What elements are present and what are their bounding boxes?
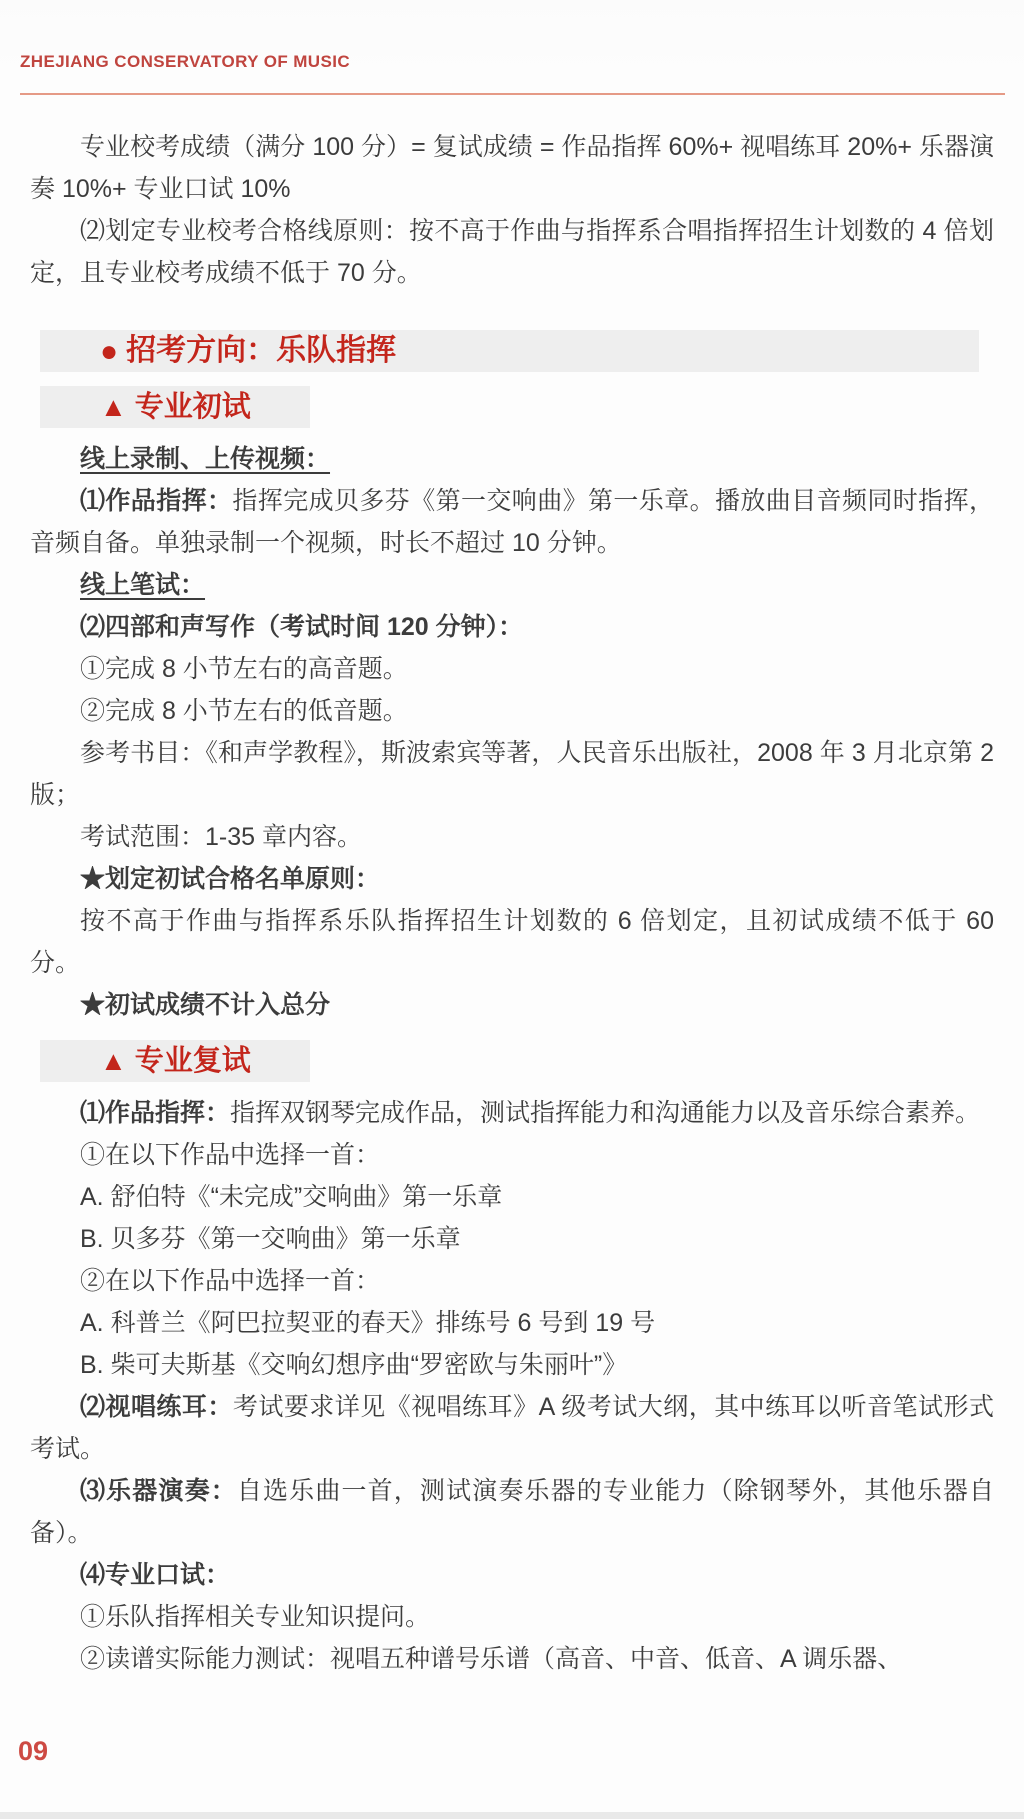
section-title: 专业复试 [135,1040,251,1082]
subsection-header-bar: ▲专业初试 [40,386,310,428]
underlined-heading: 线上录制、上传视频： [30,438,994,480]
paragraph: ①在以下作品中选择一首： [30,1134,994,1176]
paragraph-text: ②在以下作品中选择一首： [80,1267,380,1295]
paragraph: 专业校考成绩（满分 100 分）= 复试成绩 = 作品指挥 60%+ 视唱练耳 … [30,126,994,210]
section-title: 招考方向：乐队指挥 [126,330,396,372]
paragraph: 参考书目：《和声学教程》，斯波索宾等著，人民音乐出版社，2008 年 3 月北京… [30,732,994,816]
header-divider [20,93,1005,95]
page-number: 09 [18,1736,48,1767]
paragraph: ⑵四部和声写作（考试时间 120 分钟）： [30,606,994,648]
paragraph: ⑵划定专业校考合格线原则：按不高于作曲与指挥系合唱指挥招生计划数的 4 倍划定，… [30,210,994,294]
paragraph-label: ★划定初试合格名单原则： [80,865,380,893]
paragraph: ⑴作品指挥：指挥完成贝多芬《第一交响曲》第一乐章。播放曲目音频同时指挥，音频自备… [30,480,994,564]
paragraph: 按不高于作曲与指挥系乐队指挥招生计划数的 6 倍划定，且初试成绩不低于 60 分… [30,900,994,984]
paragraph-label: ⑴作品指挥： [80,487,232,515]
paragraph: A. 科普兰《阿巴拉契亚的春天》排练号 6 号到 19 号 [30,1302,994,1344]
paragraph-text: 按不高于作曲与指挥系乐队指挥招生计划数的 6 倍划定，且初试成绩不低于 60 分… [30,907,994,977]
paragraph-text: ①乐队指挥相关专业知识提问。 [80,1603,430,1631]
paragraph: ★划定初试合格名单原则： [30,858,994,900]
paragraph: B. 柴可夫斯基《交响幻想序曲“罗密欧与朱丽叶”》 [30,1344,994,1386]
paragraph-text: A. 舒伯特《“未完成”交响曲》第一乐章 [80,1183,502,1211]
triangle-bullet-icon: ▲ [100,1048,127,1075]
subsection-header-bar: ▲专业复试 [40,1040,310,1082]
paragraph: ②读谱实际能力测试：视唱五种谱号乐谱（高音、中音、低音、A 调乐器、 [30,1638,994,1680]
paragraph-label: ★初试成绩不计入总分 [80,991,330,1019]
paragraph-text: 指挥双钢琴完成作品，测试指挥能力和沟通能力以及音乐综合素养。 [230,1099,980,1127]
document-page: ZHEJIANG CONSERVATORY OF MUSIC 专业校考成绩（满分… [0,0,1024,1819]
paragraph: B. 贝多芬《第一交响曲》第一乐章 [30,1218,994,1260]
paragraph-text: B. 柴可夫斯基《交响幻想序曲“罗密欧与朱丽叶”》 [80,1351,627,1379]
paragraph: ⑶乐器演奏：自选乐曲一首，测试演奏乐器的专业能力（除钢琴外，其他乐器自备）。 [30,1470,994,1554]
section-header-bar: ●招考方向：乐队指挥 [40,330,979,372]
paragraph-text: ②读谱实际能力测试：视唱五种谱号乐谱（高音、中音、低音、A 调乐器、 [80,1645,902,1673]
paragraph: ①乐队指挥相关专业知识提问。 [30,1596,994,1638]
paragraph: ②完成 8 小节左右的低音题。 [30,690,994,732]
paragraph-label: ⑶乐器演奏： [80,1477,237,1505]
paragraph-text: ①完成 8 小节左右的高音题。 [80,655,408,683]
section-title: 专业初试 [135,386,251,428]
site-header-title: ZHEJIANG CONSERVATORY OF MUSIC [20,52,350,72]
paragraph-label: ⑷专业口试： [80,1561,230,1589]
paragraph: 考试范围：1-35 章内容。 [30,816,994,858]
paragraph-text: ②完成 8 小节左右的低音题。 [80,697,408,725]
underlined-heading: 线上笔试： [30,564,994,606]
paragraph: ★初试成绩不计入总分 [30,984,994,1026]
paragraph-text: 考试范围：1-35 章内容。 [80,823,362,851]
paragraph-text: B. 贝多芬《第一交响曲》第一乐章 [80,1225,461,1253]
underlined-heading-text: 线上录制、上传视频： [80,445,330,473]
paragraph-text: ⑵划定专业校考合格线原则：按不高于作曲与指挥系合唱指挥招生计划数的 4 倍划定，… [30,217,994,287]
paragraph-label: ⑵视唱练耳： [80,1393,233,1421]
underlined-heading-text: 线上笔试： [80,571,205,599]
paragraph: ⑵视唱练耳：考试要求详见《视唱练耳》A 级考试大纲，其中练耳以听音笔试形式考试。 [30,1386,994,1470]
triangle-bullet-icon: ▲ [100,394,127,421]
paragraph-text: 专业校考成绩（满分 100 分）= 复试成绩 = 作品指挥 60%+ 视唱练耳 … [30,133,994,203]
paragraph: ②在以下作品中选择一首： [30,1260,994,1302]
bottom-edge-strip [0,1812,1024,1819]
paragraph-label: ⑴作品指挥： [80,1099,230,1127]
paragraph-text: ①在以下作品中选择一首： [80,1141,380,1169]
paragraph: A. 舒伯特《“未完成”交响曲》第一乐章 [30,1176,994,1218]
paragraph-text: 参考书目：《和声学教程》，斯波索宾等著，人民音乐出版社，2008 年 3 月北京… [30,739,994,809]
paragraph: ①完成 8 小节左右的高音题。 [30,648,994,690]
paragraph-label: ⑵四部和声写作（考试时间 120 分钟）： [80,613,523,641]
paragraph-text: A. 科普兰《阿巴拉契亚的春天》排练号 6 号到 19 号 [80,1309,655,1337]
circle-bullet-icon: ● [100,337,118,367]
document-content: 专业校考成绩（满分 100 分）= 复试成绩 = 作品指挥 60%+ 视唱练耳 … [30,126,994,1680]
paragraph: ⑴作品指挥：指挥双钢琴完成作品，测试指挥能力和沟通能力以及音乐综合素养。 [30,1092,994,1134]
paragraph: ⑷专业口试： [30,1554,994,1596]
